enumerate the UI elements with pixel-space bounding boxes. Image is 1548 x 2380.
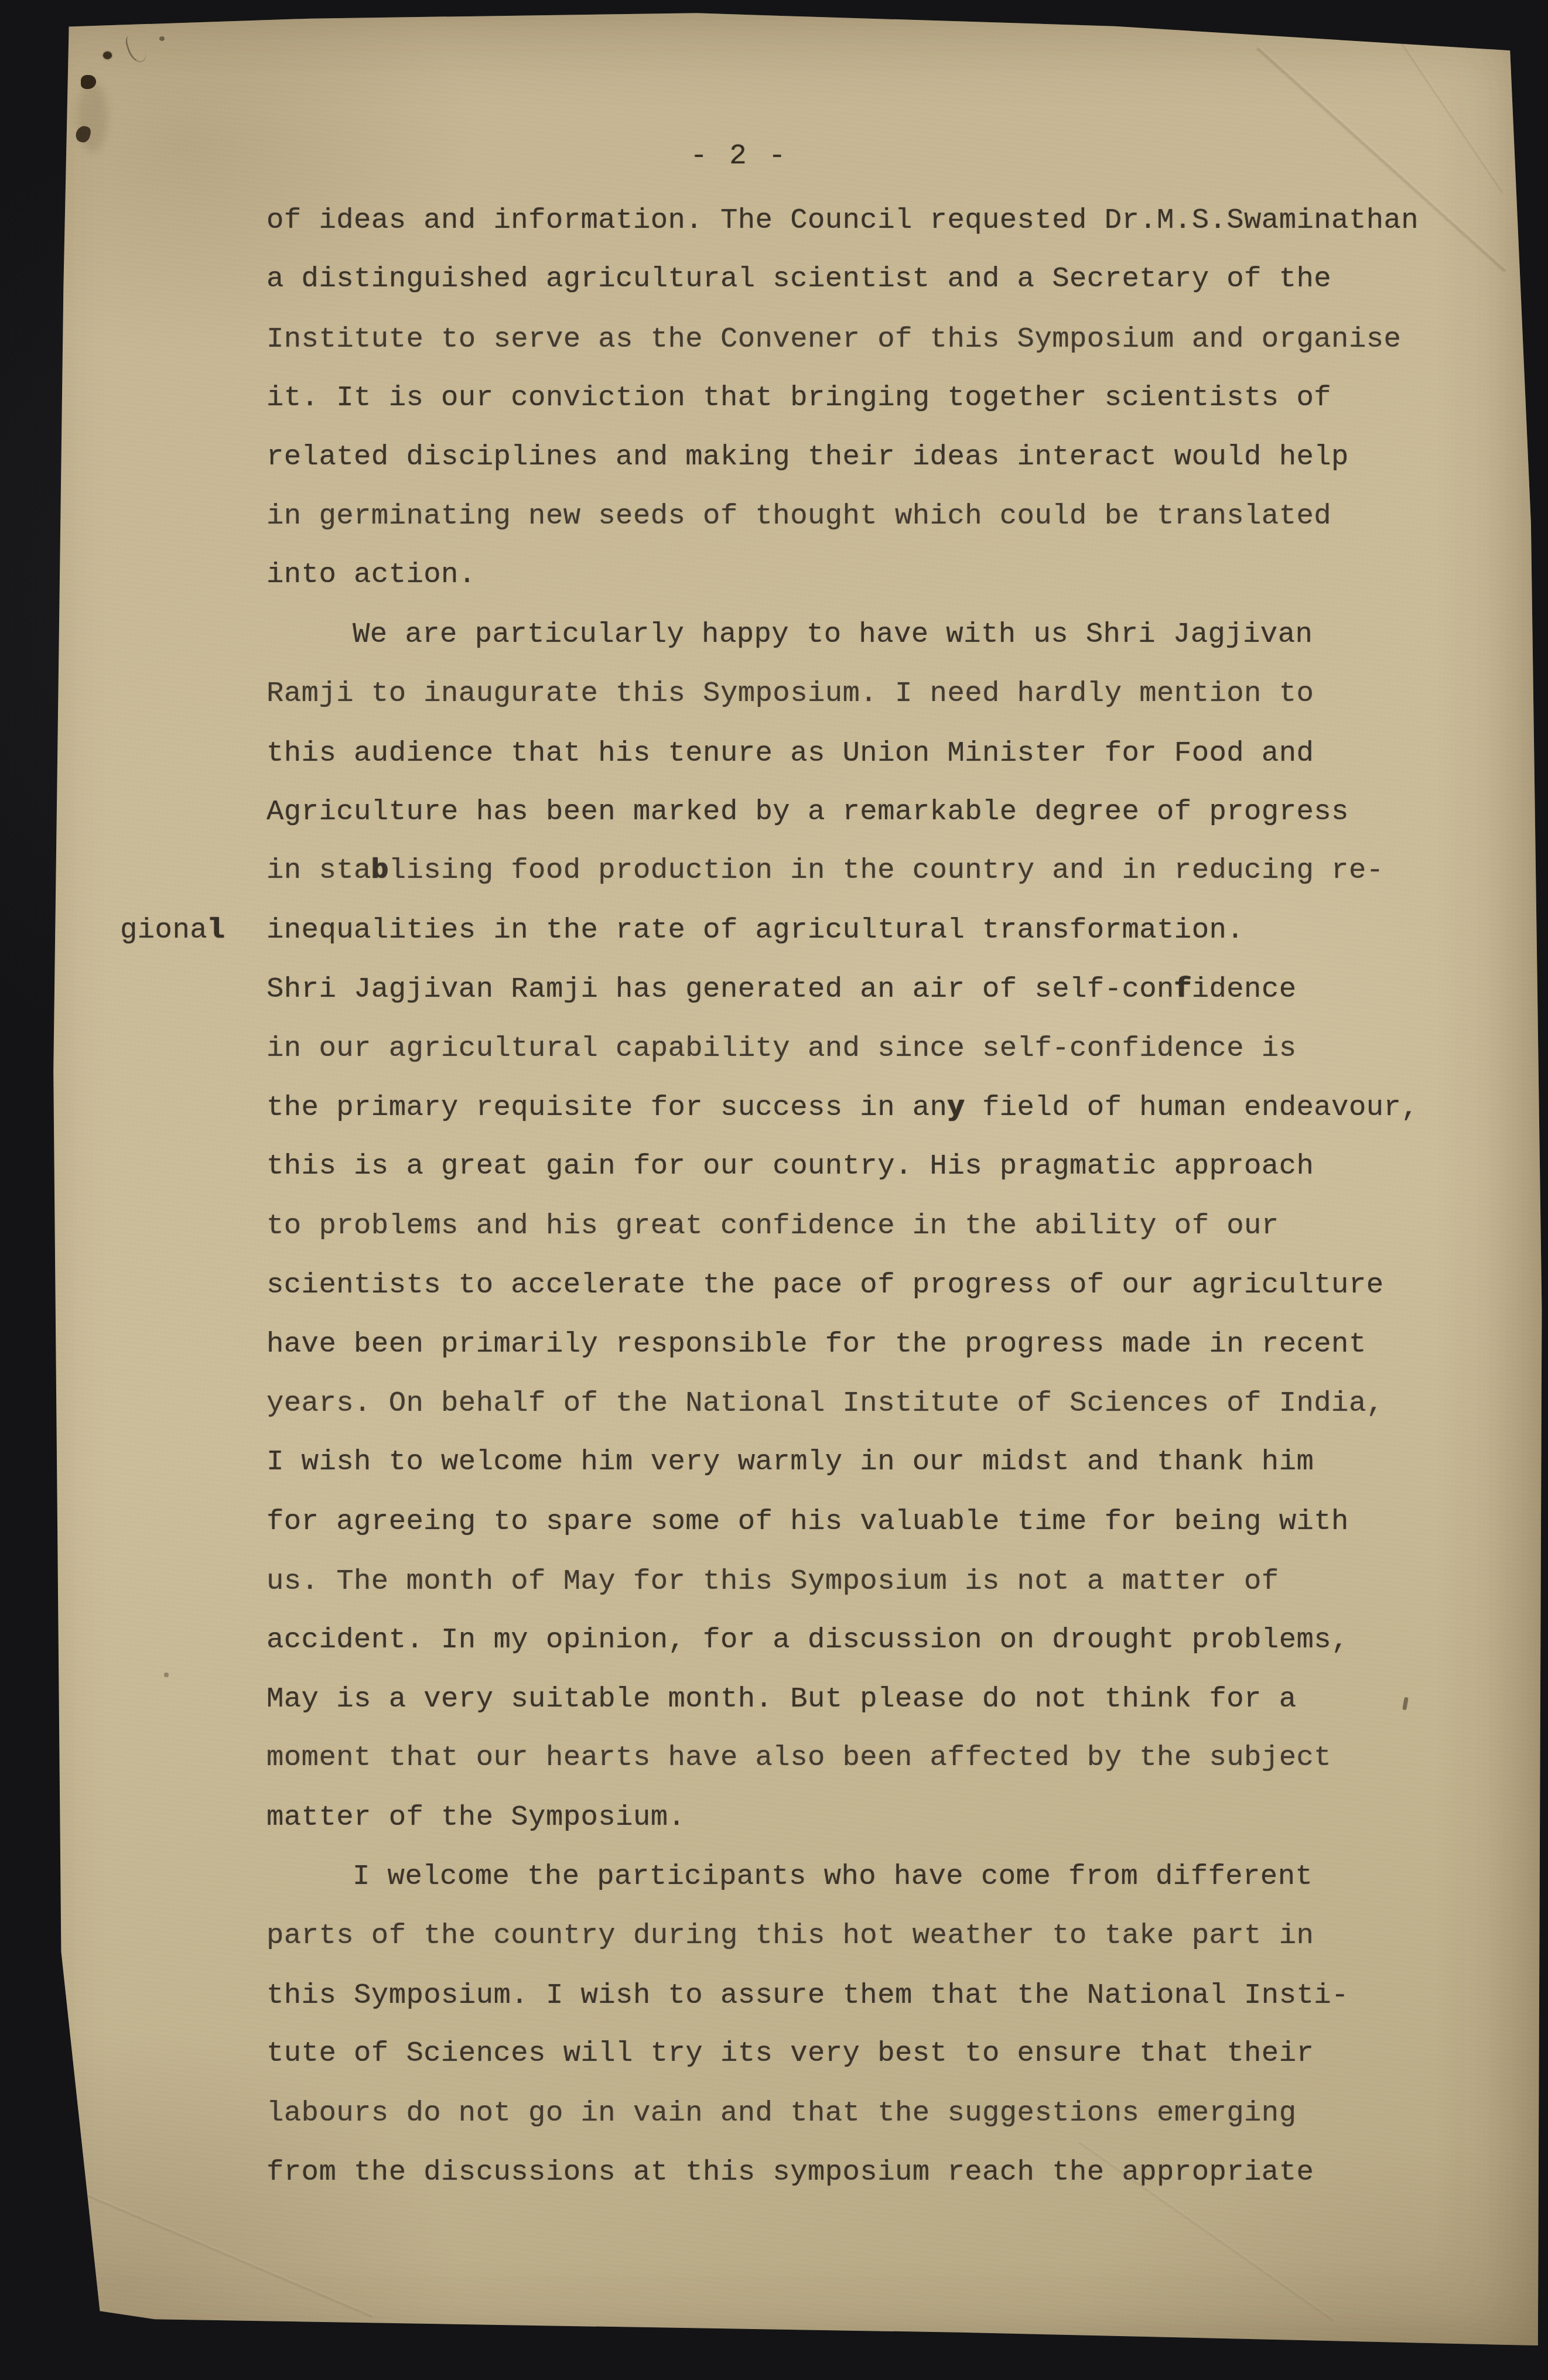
typed-line: We are particularly happy to have with u… <box>0 605 1548 664</box>
typed-line: parts of the country during this hot wea… <box>0 1906 1548 1965</box>
typed-line: this is a great gain for our country. Hi… <box>0 1137 1548 1196</box>
typed-line: tute of Sciences will try its very best … <box>0 2024 1548 2083</box>
typed-line: to problems and his great confidence in … <box>0 1196 1548 1256</box>
typed-line: of ideas and information. The Council re… <box>0 191 1548 250</box>
ink-spot <box>81 75 96 89</box>
typed-line: in germinating new seeds of thought whic… <box>0 487 1548 546</box>
typed-line: for agreeing to spare some of his valuab… <box>0 1492 1548 1551</box>
typed-line: have been primarily responsible for the … <box>0 1315 1548 1374</box>
ink-smudge <box>77 82 108 152</box>
typed-line: Ramji to inaugurate this Symposium. I ne… <box>0 664 1548 723</box>
corner-crease <box>86 2193 374 2319</box>
typed-line: Shri Jagjivan Ramji has generated an air… <box>0 960 1548 1019</box>
typed-line: labours do not go in vain and that the s… <box>0 2084 1548 2143</box>
paper-sheet: - 2 - of ideas and information. The Coun… <box>0 0 1548 2380</box>
typed-line: May is a very suitable month. But please… <box>0 1670 1548 1729</box>
typed-line: in our agricultural capability and since… <box>0 1019 1548 1078</box>
typed-line: I wish to welcome him very warmly in our… <box>0 1432 1548 1492</box>
typed-line: matter of the Symposium. <box>0 1788 1548 1847</box>
margin-note: gional <box>120 901 225 960</box>
typed-line: this audience that his tenure as Union M… <box>0 724 1548 783</box>
page-number: - 2 - <box>690 139 788 172</box>
corner-crease <box>1399 41 1504 194</box>
typed-line: in stablising food production in the cou… <box>0 841 1548 900</box>
typed-line: I welcome the participants who have come… <box>0 1847 1548 1906</box>
typed-line: from the discussions at this symposium r… <box>0 2143 1548 2202</box>
pencil-squiggle-mark <box>124 32 149 66</box>
typed-line: into action. <box>0 545 1548 604</box>
ink-spot <box>74 124 92 143</box>
typed-line: gionalinequalities in the rate of agricu… <box>0 901 1548 960</box>
typed-line: this Symposium. I wish to assure them th… <box>0 1966 1548 2025</box>
scan-background: - 2 - of ideas and information. The Coun… <box>0 0 1548 2380</box>
typed-line: Agriculture has been marked by a remarka… <box>0 782 1548 842</box>
typed-line: accident. In my opinion, for a discussio… <box>0 1610 1548 1670</box>
typed-line: a distinguished agricultural scientist a… <box>0 249 1548 309</box>
text-block: of ideas and information. The Council re… <box>0 191 1548 2202</box>
typed-line: scientists to accelerate the pace of pro… <box>0 1256 1548 1315</box>
ink-spot <box>103 52 112 59</box>
typed-line: related disciplines and making their ide… <box>0 428 1548 487</box>
typed-line: us. The month of May for this Symposium … <box>0 1552 1548 1611</box>
typed-line: years. On behalf of the National Institu… <box>0 1374 1548 1433</box>
typed-line: it. It is our conviction that bringing t… <box>0 368 1548 428</box>
typed-line: moment that our hearts have also been af… <box>0 1728 1548 1787</box>
typed-line: the primary requisite for success in any… <box>0 1078 1548 1137</box>
typed-line: Institute to serve as the Convener of th… <box>0 310 1548 369</box>
ink-spot <box>159 36 165 41</box>
